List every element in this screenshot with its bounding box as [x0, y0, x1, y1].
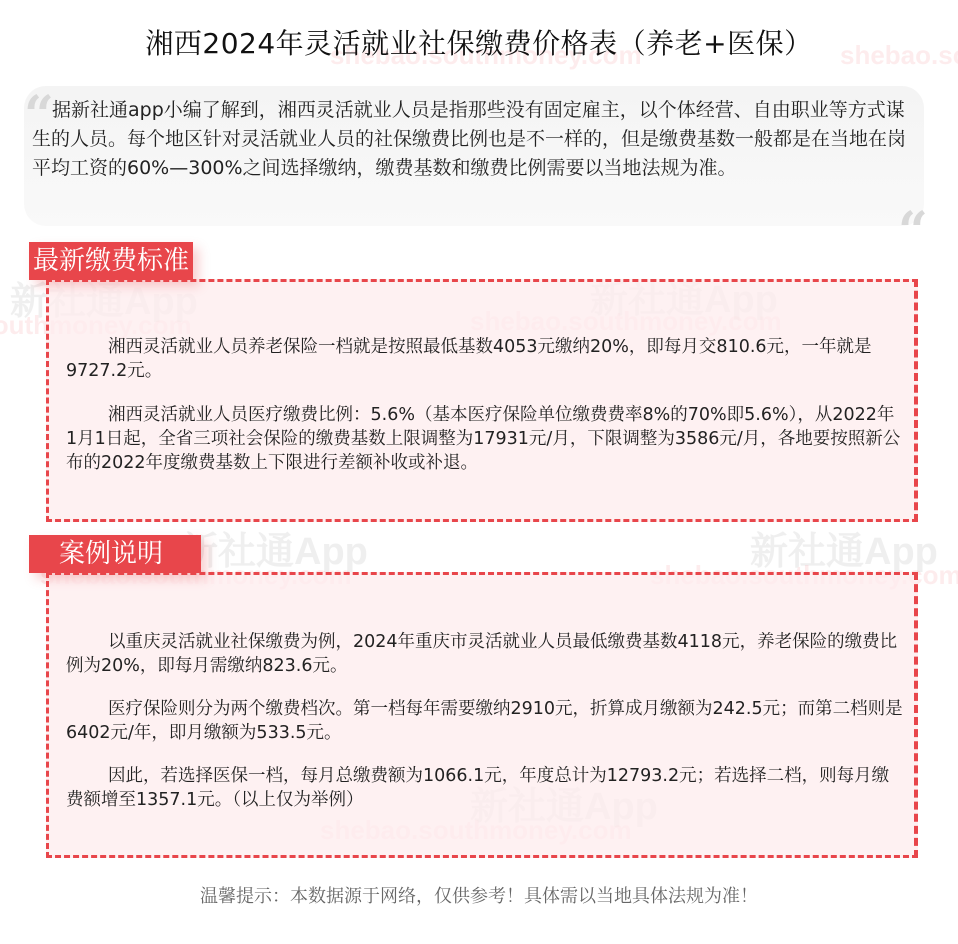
example-paragraph-total: 因此，若选择医保一档，每月总缴费额为1066.1元，年度总计为12793.2元；… — [66, 764, 904, 812]
quote-close-icon: “ — [898, 206, 928, 258]
watermark-brand: 新社通App — [180, 520, 368, 575]
section-label-example: 案例说明 — [29, 535, 201, 573]
standard-box — [46, 279, 918, 522]
example-paragraph-medical: 医疗保险则分为两个缴费档次。第一档每年需要缴纳2910元，折算成月缴额为242.… — [66, 697, 904, 745]
intro-text: 据新社通app小编了解到，湘西灵活就业人员是指那些没有固定雇主，以个体经营、自由… — [32, 96, 912, 183]
watermark-brand: 新社通App — [750, 520, 938, 575]
standard-paragraph-pension: 湘西灵活就业人员养老保险一档就是按照最低基数4053元缴纳20%，即每月交810… — [66, 335, 904, 383]
example-paragraph-pension: 以重庆灵活就业社保缴费为例，2024年重庆市灵活就业人员最低缴费基数4118元，… — [66, 630, 904, 678]
page-title: 湘西2024年灵活就业社保缴费价格表（养老+医保） — [0, 22, 958, 62]
section-label-standard: 最新缴费标准 — [29, 242, 193, 280]
footer-disclaimer: 温馨提示：本数据源于网络，仅供参考！具体需以当地具体法规为准！ — [0, 882, 958, 908]
standard-paragraph-medical: 湘西灵活就业人员医疗缴费比例：5.6%（基本医疗保险单位缴费费率8%的70%即5… — [66, 403, 904, 475]
